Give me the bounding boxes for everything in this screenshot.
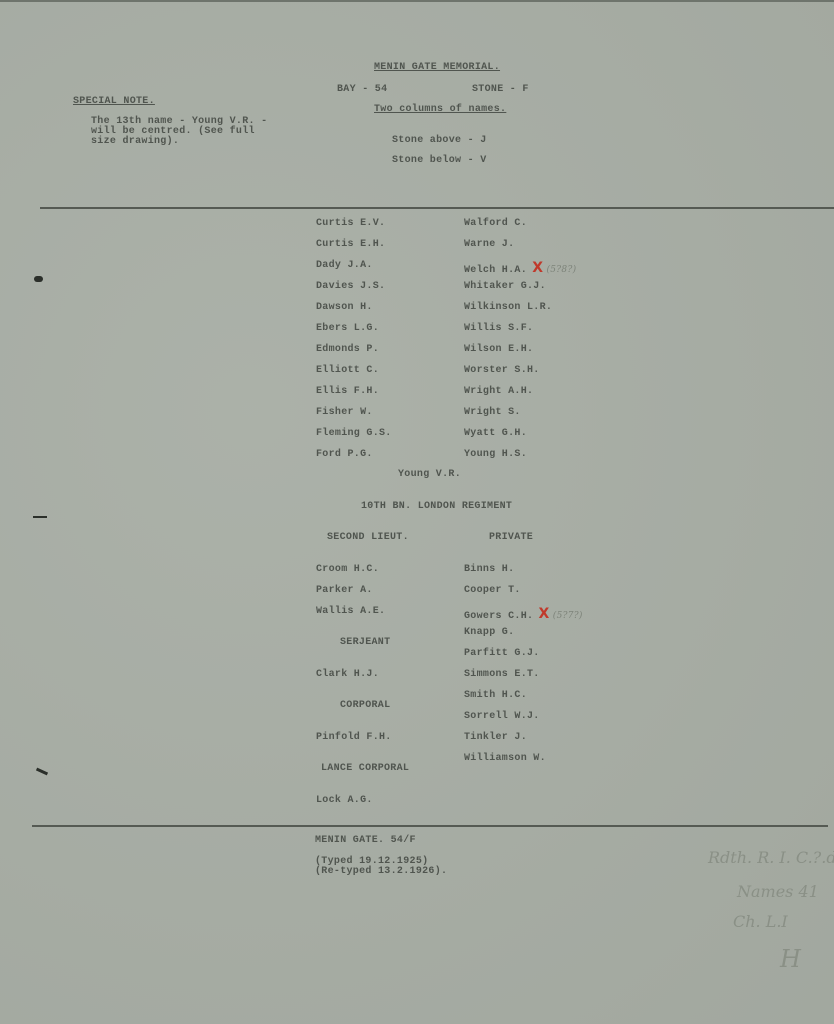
name-entry: Whitaker G.J. [464,281,546,292]
name-entry: Curtis E.V. [316,218,385,229]
name-text: Simmons E.T. [464,669,540,680]
footer-retyped: (Re-typed 13.2.1926). [315,866,447,877]
name-text: Wyatt G.H. [464,428,527,439]
name-text: Smith H.C. [464,690,527,701]
name-text: Willis S.F. [464,323,533,334]
top-divider [40,207,834,209]
name-entry: Worster S.H. [464,365,540,376]
name-entry: Warne J. [464,239,514,250]
bay-label: BAY - 54 [337,84,387,95]
name-second-lieut: Wallis A.E. [316,606,385,617]
name-entry: Wyatt G.H. [464,428,527,439]
special-note-line: size drawing). [91,136,179,147]
name-entry: Welch H.A. X (5?8?) [464,260,576,276]
name-entry: Tinkler J. [464,732,527,743]
name-entry: Dady J.A. [316,260,373,271]
name-text: Tinkler J. [464,732,527,743]
name-entry: Wright S. [464,407,521,418]
centred-name: Young V.R. [398,469,461,480]
handwritten-note: H [780,945,801,973]
footer-ref: MENIN GATE. 54/F [315,835,416,846]
red-cross-icon: X [527,260,543,276]
heading-private: PRIVATE [489,532,533,543]
name-lance-corporal: Lock A.G. [316,795,373,806]
name-text: Wright A.H. [464,386,533,397]
name-entry: Parfitt G.J. [464,648,540,659]
name-text: Wilson E.H. [464,344,533,355]
punch-mark [33,516,47,518]
stone-label: STONE - F [472,84,529,95]
name-entry: Walford C. [464,218,527,229]
name-text: Warne J. [464,239,514,250]
handwritten-note: Names 41 [737,882,819,901]
name-entry: Ford P.G. [316,449,373,460]
name-entry: Smith H.C. [464,690,527,701]
name-entry: Knapp G. [464,627,514,638]
stone-below: Stone below - V [392,155,487,166]
name-entry: Wilkinson L.R. [464,302,552,313]
pencil-annotation: (5?7?) [550,611,583,621]
regiment-title: 10TH BN. LONDON REGIMENT [361,501,512,512]
name-corporal: Pinfold F.H. [316,732,392,743]
stone-above: Stone above - J [392,135,487,146]
name-entry: Willis S.F. [464,323,533,334]
name-text: Binns H. [464,564,514,575]
name-entry: Wilson E.H. [464,344,533,355]
heading-second-lieut: SECOND LIEUT. [327,532,409,543]
name-text: Knapp G. [464,627,514,638]
page-edge [0,0,834,2]
name-entry: Edmonds P. [316,344,379,355]
bottom-divider [32,825,828,827]
name-text: Sorrell W.J. [464,711,540,722]
name-entry: Ebers L.G. [316,323,379,334]
heading-serjeant: SERJEANT [340,637,390,648]
name-entry: Binns H. [464,564,514,575]
name-text: Wright S. [464,407,521,418]
name-second-lieut: Croom H.C. [316,564,379,575]
name-entry: Young H.S. [464,449,527,460]
name-entry: Sorrell W.J. [464,711,540,722]
name-text: Whitaker G.J. [464,281,546,292]
name-text: Worster S.H. [464,365,540,376]
name-entry: Dawson H. [316,302,373,313]
name-text: Gowers C.H. [464,611,533,622]
name-text: Wilkinson L.R. [464,302,552,313]
name-entry: Simmons E.T. [464,669,540,680]
name-entry: Gowers C.H. X (5?7?) [464,606,583,622]
name-text: Young H.S. [464,449,527,460]
special-note-heading: SPECIAL NOTE. [73,96,155,107]
heading-lance-corporal: LANCE CORPORAL [321,763,409,774]
document-title: MENIN GATE MEMORIAL. [374,62,500,73]
name-text: Parfitt G.J. [464,648,540,659]
red-cross-icon: X [533,606,549,622]
name-text: Welch H.A. [464,265,527,276]
punch-mark [36,768,48,776]
name-entry: Cooper T. [464,585,521,596]
name-entry: Fleming G.S. [316,428,392,439]
name-entry: Davies J.S. [316,281,385,292]
handwritten-note: Rdth. R. I. C.?.d [708,848,834,867]
name-entry: Elliott C. [316,365,379,376]
subtitle: Two columns of names. [374,104,506,115]
name-entry: Curtis E.H. [316,239,385,250]
handwritten-note: Ch. L.I [733,912,788,931]
heading-corporal: CORPORAL [340,700,390,711]
name-entry: Wright A.H. [464,386,533,397]
name-entry: Fisher W. [316,407,373,418]
name-entry: Williamson W. [464,753,546,764]
name-entry: Ellis F.H. [316,386,379,397]
punch-mark [34,276,43,282]
name-text: Walford C. [464,218,527,229]
name-serjeant: Clark H.J. [316,669,379,680]
name-second-lieut: Parker A. [316,585,373,596]
name-text: Cooper T. [464,585,521,596]
pencil-annotation: (5?8?) [543,265,576,275]
name-text: Williamson W. [464,753,546,764]
